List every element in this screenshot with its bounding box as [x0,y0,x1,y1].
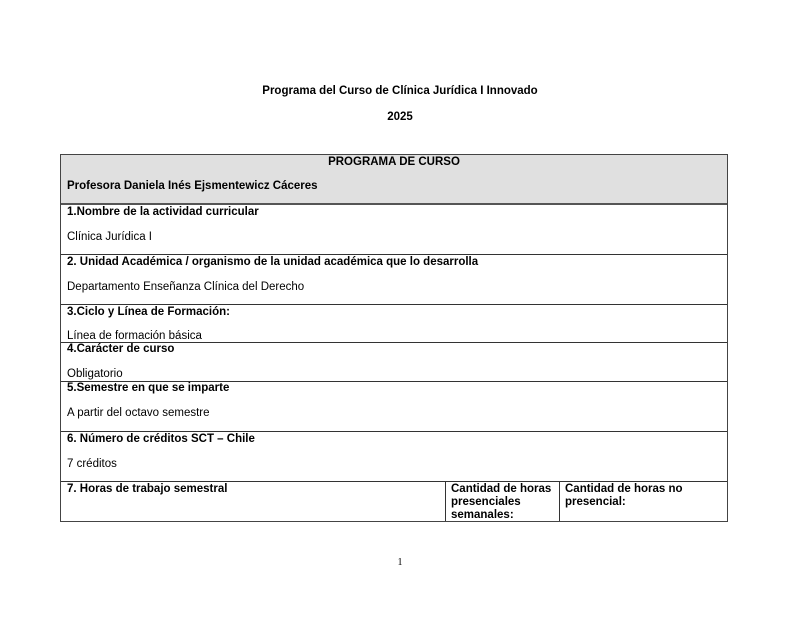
row-label: 6. Número de créditos SCT – Chile [67,433,255,445]
page-number: 1 [0,557,800,568]
professor-name: Profesora Daniela Inés Ejsmentewicz Cáce… [67,180,318,192]
course-program-table: PROGRAMA DE CURSO Profesora Daniela Inés… [60,154,728,522]
row-value: Línea de formación básica [67,330,202,342]
table-row: 2. Unidad Académica / organismo de la un… [61,255,727,305]
row-label: 4.Carácter de curso [67,343,174,355]
table-row: 3.Ciclo y Línea de Formación: Línea de f… [61,305,727,343]
hours-row: 7. Horas de trabajo semestral Cantidad d… [61,482,727,521]
table-row: 5.Semestre en que se imparte A partir de… [61,382,727,432]
document-title: Programa del Curso de Clínica Jurídica I… [0,85,800,97]
table-row: 6. Número de créditos SCT – Chile 7 créd… [61,432,727,482]
row-label: 1.Nombre de la actividad curricular [67,206,259,218]
row-label: 2. Unidad Académica / organismo de la un… [67,256,478,268]
table-row: 4.Carácter de curso Obligatorio [61,343,727,382]
row-value: Obligatorio [67,368,123,380]
table-header: PROGRAMA DE CURSO Profesora Daniela Inés… [61,155,727,205]
hours-label: 7. Horas de trabajo semestral [67,483,227,495]
table-row: 1.Nombre de la actividad curricular Clín… [61,205,727,255]
hours-no-presencial-cell: Cantidad de horas no presencial: [559,482,727,521]
row-label: 5.Semestre en que se imparte [67,382,229,394]
row-value: 7 créditos [67,458,117,470]
row-value: Departamento Enseñanza Clínica del Derec… [67,281,304,293]
table-heading: PROGRAMA DE CURSO [61,156,727,168]
row-value: A partir del octavo semestre [67,407,210,419]
row-value: Clínica Jurídica I [67,231,152,243]
hours-presencial-cell: Cantidad de horas presenciales semanales… [445,482,559,521]
row-label: 3.Ciclo y Línea de Formación: [67,306,230,318]
document-year: 2025 [0,111,800,123]
